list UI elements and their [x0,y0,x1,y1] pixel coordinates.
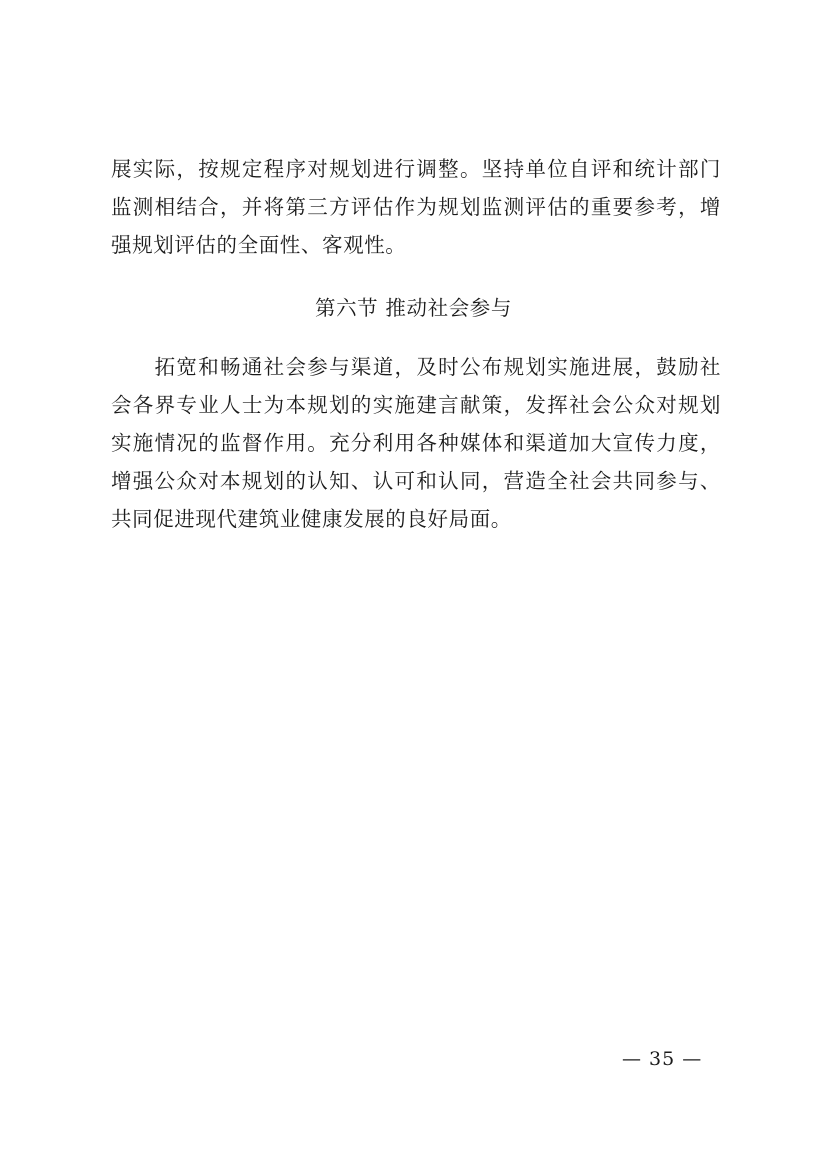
paragraph-line: 共同促进现代建筑业健康发展的良好局面。 [111,500,721,538]
paragraph-line: 展实际，按规定程序对规划进行调整。坚持单位自评和统计部门 [111,150,721,188]
paragraph-line: 实施情况的监督作用。充分利用各种媒体和渠道加大宣传力度， [111,424,721,462]
paragraph-line: 拓宽和畅通社会参与渠道，及时公布规划实施进展，鼓励社 [111,348,721,386]
document-page: 展实际，按规定程序对规划进行调整。坚持单位自评和统计部门 监测相结合，并将第三方… [0,0,827,1170]
paragraph-line: 强规划评估的全面性、客观性。 [111,226,721,264]
section-paragraph: 拓宽和畅通社会参与渠道，及时公布规划实施进展，鼓励社 会各界专业人士为本规划的实… [111,348,721,538]
paragraph-line: 监测相结合，并将第三方评估作为规划监测评估的重要参考，增 [111,188,721,226]
section-heading: 第六节 推动社会参与 [0,289,827,327]
page-number: — 35 — [622,1046,702,1072]
continuation-paragraph: 展实际，按规定程序对规划进行调整。坚持单位自评和统计部门 监测相结合，并将第三方… [111,150,721,264]
paragraph-line: 增强公众对本规划的认知、认可和认同，营造全社会共同参与、 [111,462,721,500]
paragraph-line: 会各界专业人士为本规划的实施建言献策，发挥社会公众对规划 [111,386,721,424]
